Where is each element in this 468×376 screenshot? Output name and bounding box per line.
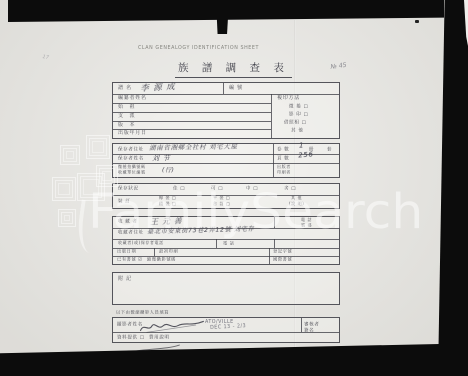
publisher-label: 出版者 印刷者 <box>277 165 291 175</box>
filming-caption: 以下由微縮攝影人員填寫 <box>116 310 169 315</box>
copy-method-header: 複印方法 <box>277 95 300 101</box>
watermark-square-icon <box>77 173 105 201</box>
binding-option: 合 訂 □ <box>213 202 230 207</box>
owner-address-label: 收藏者住址 <box>118 230 144 236</box>
condition-label: 保存狀況 <box>118 186 139 192</box>
grid-line-h <box>113 121 271 122</box>
owner-phone-label: 電 話 號 碼 <box>301 218 312 228</box>
grid-line-v <box>271 94 272 138</box>
registration-label: 登記字號 <box>273 249 292 254</box>
identity-name-label: 譜 名 <box>118 85 132 91</box>
microfilm-number-label: 微捲拍攝號碼 收藏單位編號 <box>118 165 146 175</box>
owner-label: 收 藏 者 <box>118 219 138 225</box>
binding-label: 裝 訂 <box>118 199 130 205</box>
grid-line-v <box>154 248 155 256</box>
binding-option: (說 明) <box>289 202 304 207</box>
condition-option: 佳 □ <box>173 186 185 192</box>
volumes-handwriting: 1 <box>299 142 304 150</box>
identity-row-label: 版 本 <box>118 122 135 128</box>
micro-number-label: 縮微攝影號碼 <box>147 257 176 262</box>
binding-option: 平 裝 □ <box>213 196 230 201</box>
grid-line-v <box>223 83 224 94</box>
binding-option: 線 裝 □ <box>159 196 176 201</box>
material-label: 資料提供 □ <box>117 335 145 341</box>
copy-method-option: 影 印 □ <box>289 112 308 118</box>
grid-line-h <box>113 163 339 164</box>
document-header: CLAN GENEALOGY IDENTIFICATION SHEET <box>138 45 259 50</box>
reviewer-label: 審核者簽名 <box>304 322 320 333</box>
watermark-square-icon <box>52 177 76 201</box>
fee-label: 費用說明 <box>149 335 170 341</box>
grid-line-h <box>113 112 271 113</box>
pub-date-label: 出版日期 <box>117 249 136 254</box>
pages-handwriting: 256 <box>298 151 314 160</box>
identity-row-label: 編纂者姓名 <box>118 95 147 101</box>
keeper-address-label: 保存者住址 <box>118 147 144 153</box>
genealogy-name-handwriting: 李 源 成 <box>140 79 176 94</box>
volumes-suffix: 套 <box>327 147 332 153</box>
grid-line-v <box>216 239 217 248</box>
binding-option: 其 他 <box>291 196 302 201</box>
book-number-label: 已有書號 ☑ <box>117 257 143 262</box>
keeper-name-label: 保存者姓名 <box>118 156 144 162</box>
alt-keeper-label: 收藏者(或)保存者電話 <box>118 241 164 246</box>
binding-option: 精 裝 □ <box>159 202 176 207</box>
copy-method-option: 微 捲 □ <box>289 104 308 110</box>
volumes-label: 卷 數 <box>277 147 289 153</box>
grid-line-v <box>269 248 270 264</box>
keeper-name-handwriting: 刘 节 <box>152 152 170 163</box>
watermark-square-icon <box>58 209 76 227</box>
pencil-note: 17 <box>42 54 49 61</box>
grid-line-h <box>113 103 271 104</box>
film-speck <box>415 20 419 23</box>
condition-option: 中 □ <box>246 186 258 192</box>
identity-number-label: 編 號 <box>229 85 243 91</box>
copy-method-option: 其 他 <box>291 128 303 134</box>
identity-row-label: 始 祖 <box>118 104 135 110</box>
microfilm-number-handwriting: (行) <box>162 165 174 174</box>
remarks-label: 附 記 <box>118 276 132 282</box>
remarks-box: 附 記 <box>112 272 340 305</box>
watermark-tree-trunk <box>75 199 108 254</box>
grid-line-v <box>274 217 275 228</box>
first-print-label: 最初印刷 <box>159 249 178 254</box>
table-condition: 保存狀況 佳 □ 可 □ 中 □ 劣 □ 裝 訂 線 裝 □ 平 裝 □ 其 他… <box>112 183 340 209</box>
microfilm-scan: CLAN GENEALOGY IDENTIFICATION SHEET 族 譜 … <box>0 0 468 376</box>
watermark-square-icon <box>60 145 80 165</box>
telephone-label: 電 話 <box>223 241 235 246</box>
film-edge-right <box>438 0 468 376</box>
grid-line-v <box>301 318 302 332</box>
intl-number-label: 國際書號 <box>273 257 292 262</box>
watermark-square-icon <box>86 135 110 159</box>
keeper-address-handwriting: 湖南省湘鄉全社村 刘宅大屋 <box>149 140 238 151</box>
copy-method-option: 借照相 □ <box>284 120 307 126</box>
grid-line-h <box>113 239 339 240</box>
title-number-note: № 45 <box>330 62 347 71</box>
pages-label: 頁 數 <box>277 156 289 162</box>
film-edge-bottom <box>0 342 468 376</box>
film-notch <box>216 0 229 34</box>
identity-row-label: 出版年月日 <box>118 130 147 136</box>
grid-line-v <box>273 144 274 177</box>
grid-line-h <box>113 248 339 249</box>
condition-option: 可 □ <box>211 186 223 192</box>
grid-line-v <box>274 239 275 248</box>
condition-option: 劣 □ <box>284 186 296 192</box>
identity-row-label: 支 派 <box>118 113 135 119</box>
page-title: 族 譜 調 查 表 <box>175 60 292 78</box>
